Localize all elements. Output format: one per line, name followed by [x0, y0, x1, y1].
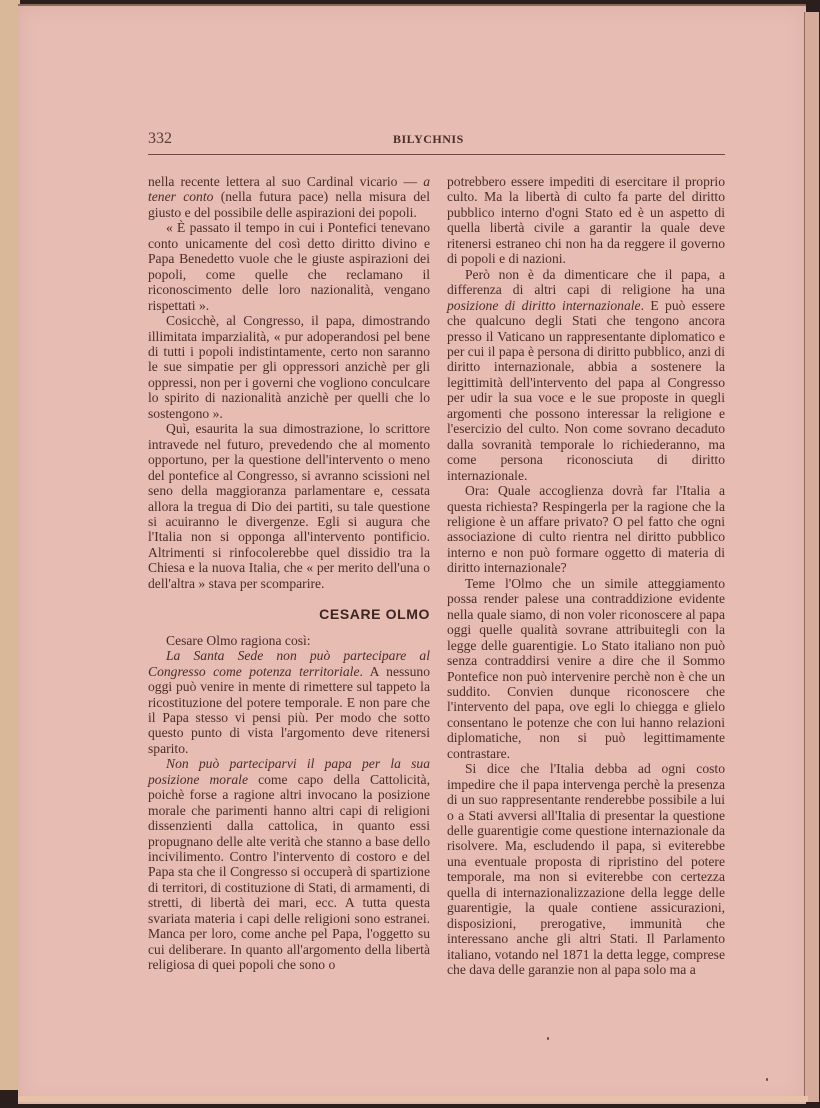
text: nella recente lettera al suo Cardinal vi… — [148, 174, 423, 189]
paragraph: Ora: Quale accoglienza dovrà far l'Itali… — [447, 483, 725, 576]
section-heading: CESARE OLMO — [148, 607, 430, 622]
page-right-edge — [804, 12, 819, 1102]
paragraph: nella recente lettera al suo Cardinal vi… — [148, 174, 430, 220]
left-column: nella recente lettera al suo Cardinal vi… — [148, 174, 430, 973]
text: . E può essere che qualcuno degli Stati … — [447, 298, 725, 483]
text: Però non è da dimenticare che il papa, a… — [447, 267, 725, 297]
italic-text: posizione di diritto internazionale — [447, 298, 641, 313]
paper-speck — [547, 1037, 549, 1040]
paragraph: Non può parteciparvi il papa per la sua … — [148, 756, 430, 972]
page-stack-edge — [0, 0, 20, 1090]
paragraph: potrebbero essere impediti di esercitare… — [447, 174, 725, 267]
paragraph: « È passato il tempo in cui i Pontefici … — [148, 220, 430, 313]
text: come capo della Cattolicità, poichè fors… — [148, 772, 430, 972]
page-header: 332 BILYCHNIS — [148, 130, 725, 155]
running-title: BILYCHNIS — [393, 132, 464, 147]
paragraph: Teme l'Olmo che un simile atteggiamento … — [447, 576, 725, 761]
paragraph: La Santa Sede non può partecipare al Con… — [148, 648, 430, 756]
paragraph: Quì, esaurita la sua dimostrazione, lo s… — [148, 421, 430, 591]
paper-speck — [766, 1078, 768, 1081]
page-bottom-edge — [18, 1096, 808, 1102]
paragraph: Però non è da dimenticare che il papa, a… — [447, 267, 725, 483]
right-column: potrebbero essere impediti di esercitare… — [447, 174, 725, 978]
paragraph: Cosicchè, al Congresso, il papa, dimostr… — [148, 313, 430, 421]
page-number: 332 — [148, 130, 172, 148]
paragraph: Si dice che l'Italia debba ad ogni costo… — [447, 761, 725, 977]
paragraph: Cesare Olmo ragiona così: — [148, 633, 430, 648]
